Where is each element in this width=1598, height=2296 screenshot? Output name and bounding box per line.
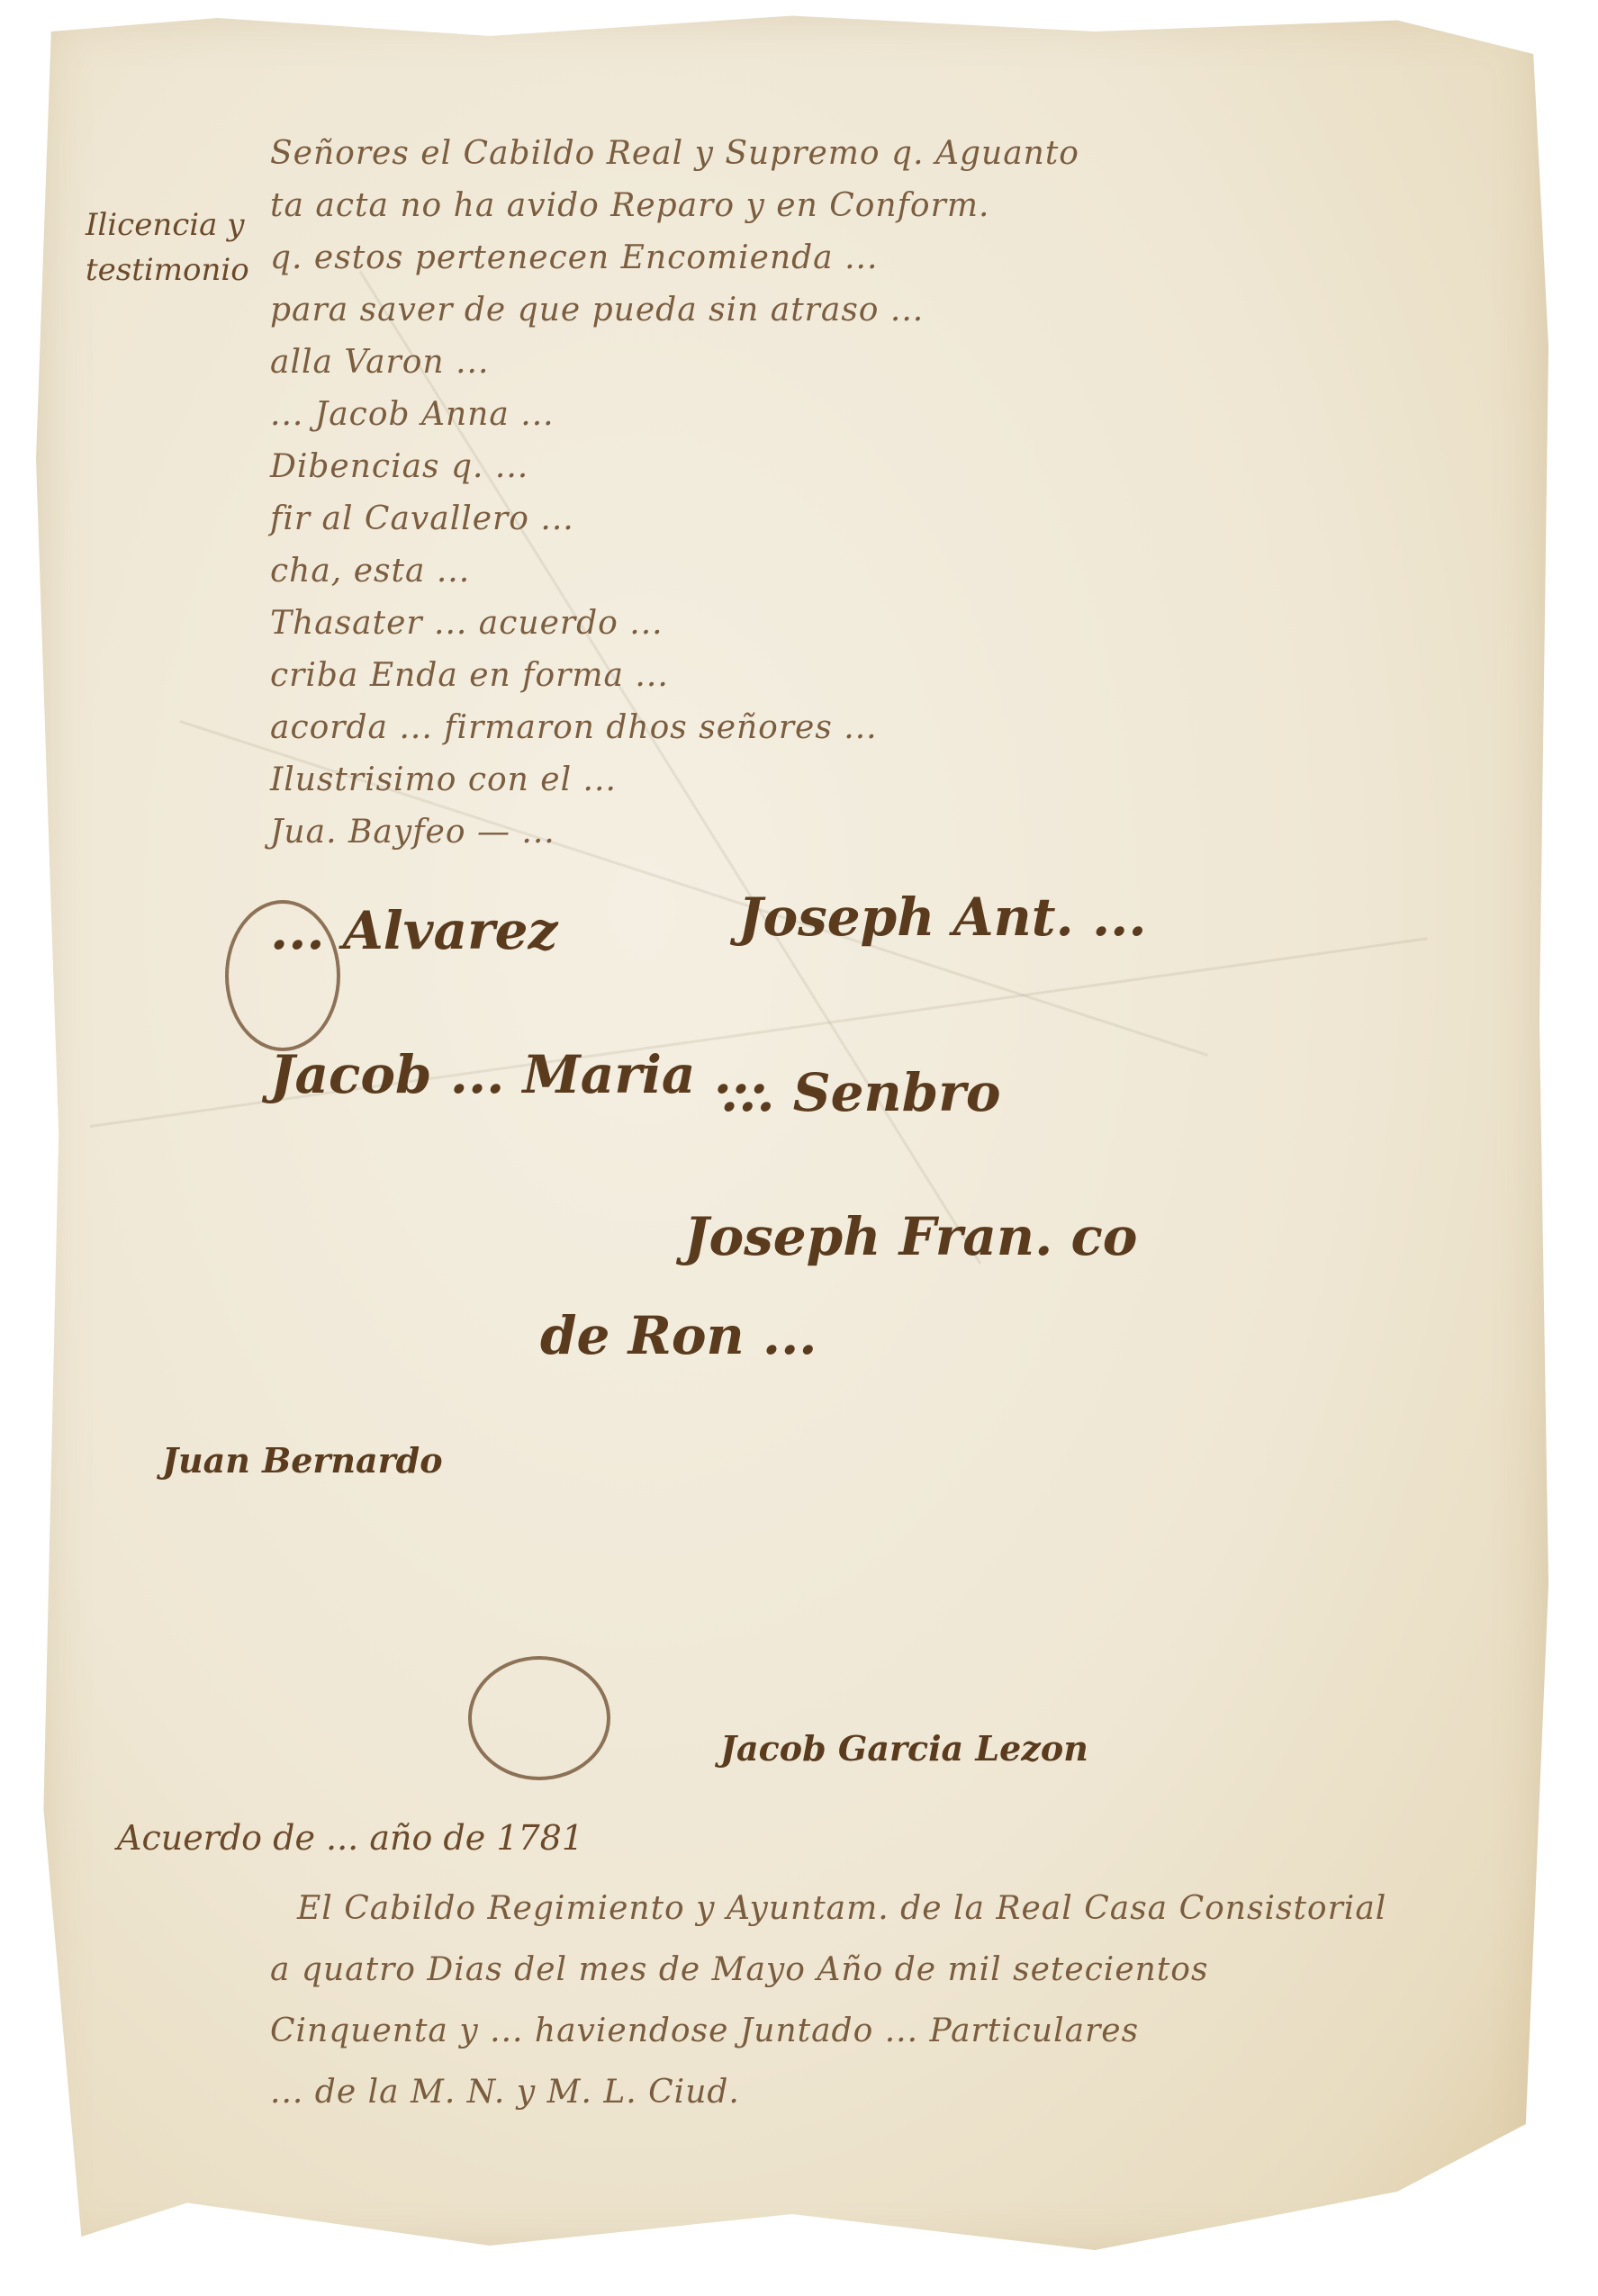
signature: de Ron ... — [540, 1305, 817, 1366]
bottom-notation: Acuerdo de ... año de 1781 — [117, 1818, 583, 1858]
closing-line: a quatro Dias del mes de Mayo Año de mil… — [270, 1951, 1208, 1988]
manuscript-line: acorda ... firmaron dhos señores ... — [270, 709, 878, 746]
signature: Joseph Fran. co — [684, 1206, 1137, 1267]
signature: Jacob ... Maria ... — [270, 1044, 768, 1105]
signature: Joseph Ant. ... — [738, 887, 1147, 948]
manuscript-line: Jua. Bayfeo — ... — [270, 814, 555, 851]
signature-flourish — [225, 900, 340, 1051]
manuscript-line: Dibencias q. ... — [270, 448, 528, 485]
signature: ... Senbro — [720, 1062, 1001, 1123]
manuscript-line: q. estos pertenecen Encomienda ... — [270, 239, 878, 276]
manuscript-line: ... Jacob Anna ... — [270, 396, 555, 433]
manuscript-line: ta acta no ha avido Reparo y en Conform. — [270, 187, 989, 224]
manuscript-line: fir al Cavallero ... — [270, 500, 574, 537]
closing-line: El Cabildo Regimiento y Ayuntam. de la R… — [297, 1890, 1386, 1927]
manuscript-line: Thasater ... acuerdo ... — [270, 605, 664, 642]
manuscript-line: Ilustrisimo con el ... — [270, 761, 617, 798]
manuscript-line: para saver de que pueda sin atraso ... — [270, 292, 924, 329]
signature: Jacob Garcia Lezon — [720, 1728, 1088, 1769]
manuscript-line: alla Varon ... — [270, 344, 489, 381]
signature-flourish — [468, 1656, 610, 1780]
closing-line: Cinquenta y ... haviendose Juntado ... P… — [270, 2012, 1139, 2049]
manuscript-line: Señores el Cabildo Real y Supremo q. Agu… — [270, 135, 1079, 172]
margin-note: Ilicencia y testimonio — [86, 203, 249, 293]
manuscript-line: criba Enda en forma ... — [270, 657, 669, 694]
closing-line: ... de la M. N. y M. L. Ciud. — [270, 2074, 740, 2111]
signature: Juan Bernardo — [162, 1440, 443, 1481]
manuscript-line: cha, esta ... — [270, 553, 470, 590]
